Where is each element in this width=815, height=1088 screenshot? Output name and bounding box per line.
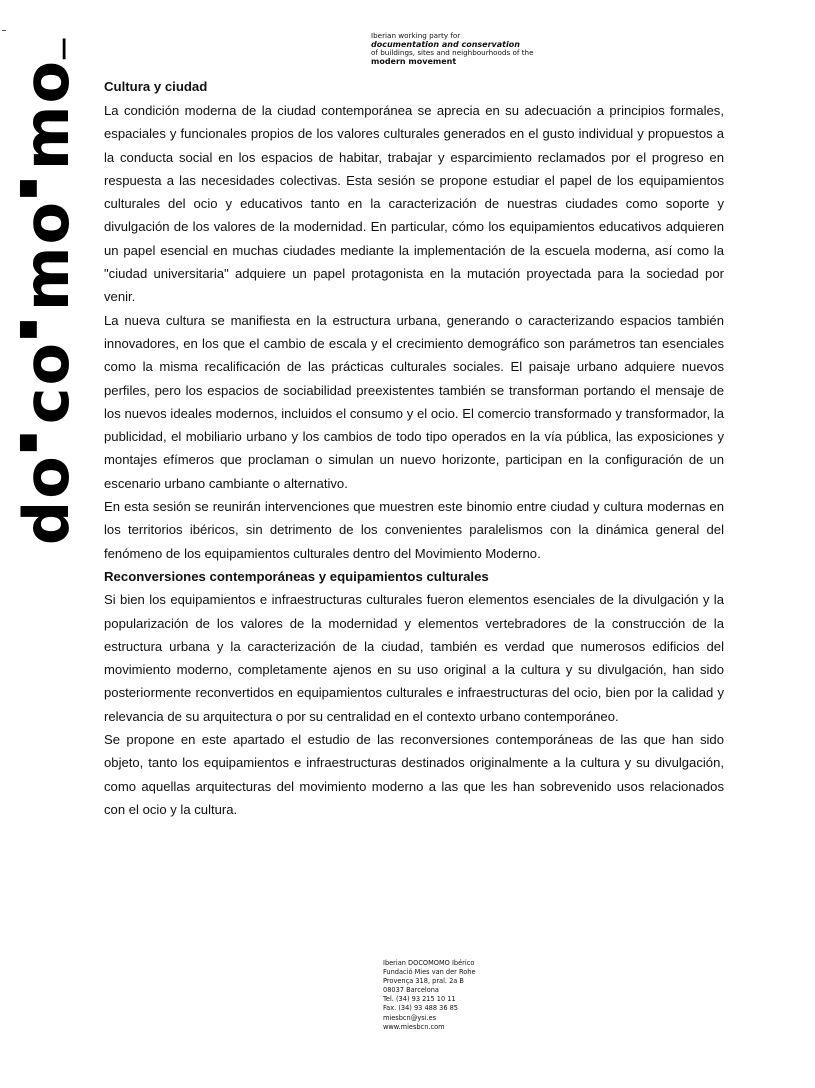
footer-fax: Fax. (34) 93 488 36 85: [383, 1004, 476, 1013]
letterhead-line-4: modern movement: [371, 58, 534, 67]
section-heading-reconversiones: Reconversiones contemporáneas y equipami…: [104, 565, 724, 588]
footer-email: miesbcn@ysi.es: [383, 1014, 476, 1023]
footer-address: Iberian DOCOMOMO Ibérico Fundació Mies v…: [383, 959, 476, 1032]
paragraph: Si bien los equipamientos e infraestruct…: [104, 588, 724, 728]
logo-underscore: _: [20, 37, 66, 59]
paragraph: La condición moderna de la ciudad contem…: [104, 99, 724, 309]
logo-dot: ■: [15, 430, 40, 453]
document-body: Cultura y ciudad La condición moderna de…: [104, 78, 724, 821]
footer-line: 08037 Barcelona: [383, 986, 476, 995]
logo-part-co: co: [10, 341, 83, 424]
logo-dot: ■: [15, 317, 40, 340]
paragraph: En esta sesión se reunirán intervencione…: [104, 495, 724, 565]
footer-phone: Tel. (34) 93 215 10 11: [383, 995, 476, 1004]
logo-dot: ■: [15, 176, 40, 199]
scan-mark: [2, 30, 6, 31]
logo-part-mo-2: mo: [10, 59, 83, 170]
footer-line: Provença 318, pral. 2a B: [383, 977, 476, 986]
docomomo-logo-icon: do■co■mo■mo_: [18, 95, 76, 487]
paragraph: Se propone en este apartado el estudio d…: [104, 728, 724, 821]
paragraph: La nueva cultura se manifiesta en la est…: [104, 309, 724, 495]
section-heading-cultura-y-ciudad: Cultura y ciudad: [104, 78, 724, 96]
letterhead: Iberian working party for documentation …: [371, 32, 534, 66]
footer-website: www.miesbcn.com: [383, 1023, 476, 1032]
logo-text: do■co■mo■mo_: [16, 37, 78, 545]
footer-line: Fundació Mies van der Rohe: [383, 968, 476, 977]
logo-part-mo-1: mo: [10, 200, 83, 311]
logo-part-do: do: [10, 454, 83, 545]
footer-line: Iberian DOCOMOMO Ibérico: [383, 959, 476, 968]
